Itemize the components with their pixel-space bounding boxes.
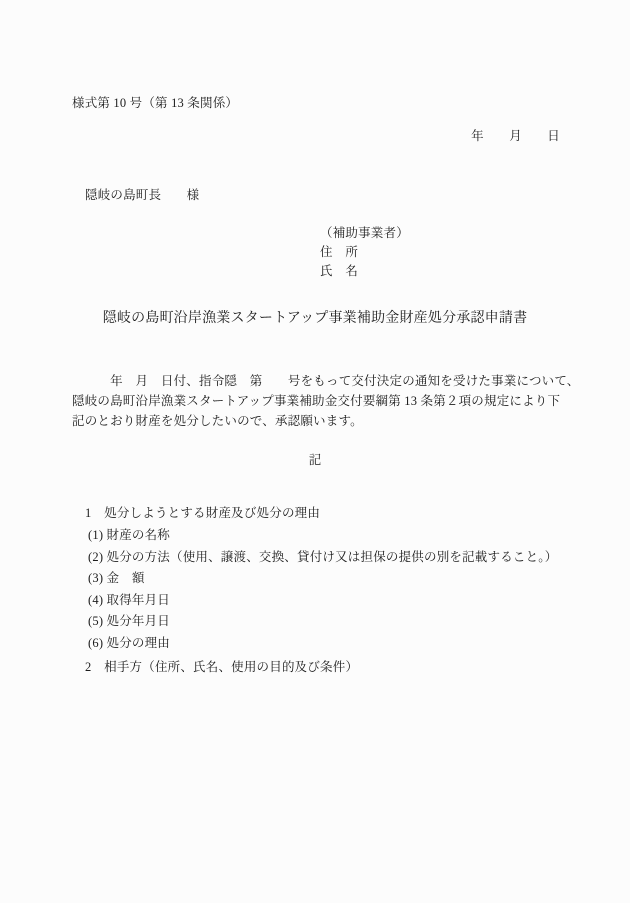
list-item1-sub-2: (2) 処分の方法（使用、譲渡、交換、貸付け又は担保の提供の別を記載すること。） <box>88 551 557 564</box>
list-item2-heading: 2 相手方（住所、氏名、使用の目的及び条件） <box>85 661 358 674</box>
applicant-name-label: 氏 名 <box>320 265 358 278</box>
applicant-section-label: （補助事業者） <box>320 227 409 240</box>
document-page: 様式第 10 号（第 13 条関係） 年 月 日 隠岐の島町長 様 （補助事業者… <box>0 0 630 903</box>
document-title: 隠岐の島町沿岸漁業スタートアップ事業補助金財産処分承認申請書 <box>0 312 630 326</box>
form-number: 様式第 10 号（第 13 条関係） <box>72 97 238 110</box>
list-item1-sub-3: (3) 金 額 <box>88 572 145 585</box>
body-line-2: 隠岐の島町沿岸漁業スタートアップ事業補助金交付要綱第 13 条第２項の規定により… <box>72 391 582 411</box>
list-item1-heading: 1 処分しようとする財産及び処分の理由 <box>85 507 320 520</box>
list-item1-sub-1: (1) 財産の名称 <box>88 529 170 542</box>
list-item1-sub-5: (5) 処分年月日 <box>88 615 170 628</box>
date-line: 年 月 日 <box>471 130 560 143</box>
ki-separator: 記 <box>0 454 630 467</box>
addressee: 隠岐の島町長 様 <box>85 189 199 202</box>
applicant-address-label: 住 所 <box>320 246 358 259</box>
body-line-3: 記のとおり財産を処分したいので、承認願います。 <box>72 411 582 431</box>
list-item1-sub-6: (6) 処分の理由 <box>88 637 170 650</box>
list-item1-sub-4: (4) 取得年月日 <box>88 594 170 607</box>
body-line-1: 年 月 日付、指令隠 第 号をもって交付決定の通知を受けた事業について、 <box>72 371 582 391</box>
body-paragraph: 年 月 日付、指令隠 第 号をもって交付決定の通知を受けた事業について、 隠岐の… <box>72 371 582 431</box>
